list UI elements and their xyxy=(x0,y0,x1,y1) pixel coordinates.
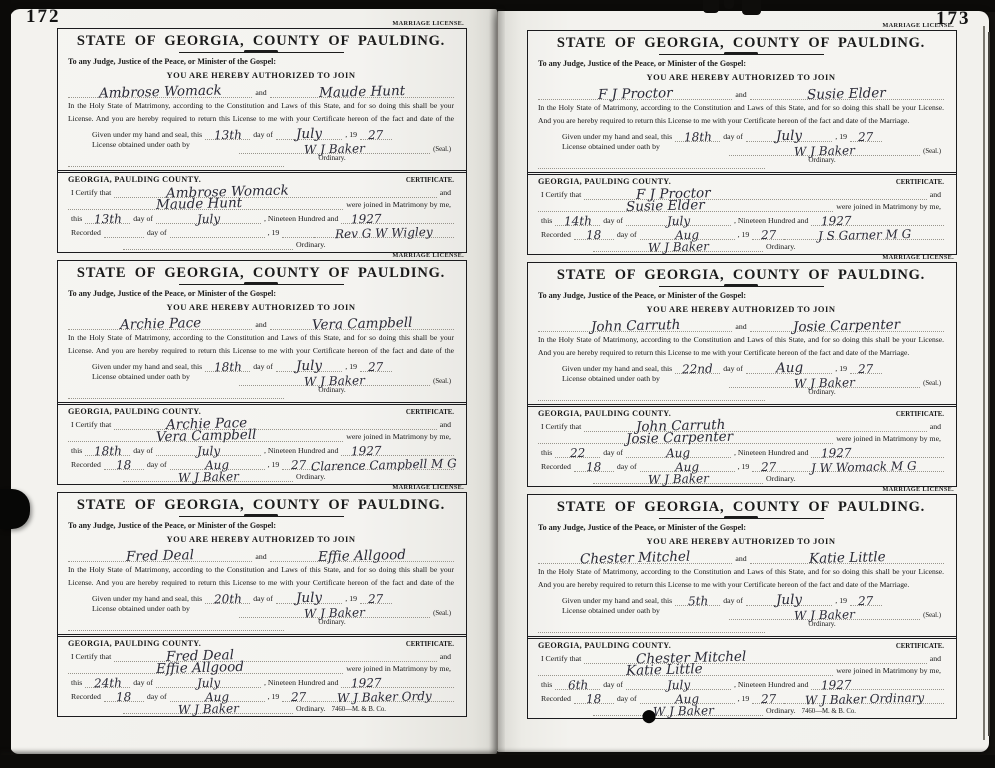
state-heading: STATE OF GEORGIA, COUNTY OF PAULDING. xyxy=(68,497,454,513)
salutation-line: To any Judge, Justice of the Peace, or M… xyxy=(538,59,944,70)
and-label: and xyxy=(437,420,454,430)
married-year-field: 1927 xyxy=(811,679,944,690)
married-year-field: 1927 xyxy=(341,213,454,224)
certificate-section: GEORGIA, PAULDING COUNTY. CERTIFICATE. I… xyxy=(528,175,956,254)
minister-signature: Clarence Campbell M G xyxy=(311,458,457,472)
nineteen-hundred-label: , Nineteen Hundred and xyxy=(261,214,341,224)
and-label: and xyxy=(252,88,269,98)
minister-signature-field: J S Garner M G xyxy=(784,229,944,240)
names-line: Archie Pace and Vera Campbell xyxy=(68,314,454,330)
right-page-blocks: MARRIAGE LICENSE. STATE OF GEORGIA, COUN… xyxy=(527,30,957,726)
marriage-license-block: MARRIAGE LICENSE. STATE OF GEORGIA, COUN… xyxy=(527,262,957,487)
county-heading: GEORGIA, PAULDING COUNTY. xyxy=(538,177,671,186)
cert-bride-line: Susie Elder were joined in Matrimony by … xyxy=(538,200,944,212)
signature-line: W J Baker (Seal.) xyxy=(239,372,454,386)
cert-bride-field: Josie Carpenter xyxy=(538,431,833,444)
binding-mark xyxy=(742,0,761,15)
blank-line xyxy=(68,395,284,399)
recorded-label: Recorded xyxy=(538,462,574,472)
recorded-line: Recorded 18 day of Aug , 19 27 W J Baker… xyxy=(68,688,454,702)
and-label: and xyxy=(437,188,454,198)
minister-signature: W J Baker Ordinary xyxy=(804,693,923,706)
married-year: 1927 xyxy=(821,448,852,459)
license-day-field: 20th xyxy=(205,593,250,604)
bride-name: Katie Little xyxy=(808,551,885,565)
salutation-line: To any Judge, Justice of the Peace, or M… xyxy=(538,523,944,534)
recorded-month-field: Aug xyxy=(640,461,735,472)
ordinary-signature-area: W J Baker (Seal.) Ordinary. xyxy=(239,372,454,394)
and-label: and xyxy=(732,322,749,332)
minister-signature-field: Rev G W Wigley xyxy=(314,227,454,238)
recorded-line: Recorded day of , 19 Rev G W Wigley xyxy=(68,224,454,238)
married-month-field: Aug xyxy=(626,447,731,458)
county-line: GEORGIA, PAULDING COUNTY. CERTIFICATE. xyxy=(538,176,944,186)
printer-mark: 7460—M. & B. Co. xyxy=(329,706,389,714)
year-19-label: , 19 xyxy=(265,692,283,702)
ordinary-signature: W J Baker xyxy=(304,607,365,618)
license-month-field: July xyxy=(746,593,832,606)
minister-signature-field: J W Womack M G xyxy=(784,461,944,472)
license-year: 27 xyxy=(858,596,874,606)
this-label: this xyxy=(68,214,85,224)
recorded-label: Recorded xyxy=(538,230,574,240)
nineteen-hundred-label: , Nineteen Hundred and xyxy=(731,680,811,690)
certify-line: I Certify that F J Proctor and xyxy=(538,186,944,200)
ordinary-label: Ordinary. xyxy=(763,474,799,484)
license-day: 5th xyxy=(688,596,708,606)
cert-ordinary-field xyxy=(123,249,293,250)
recorded-label: Recorded xyxy=(68,460,104,470)
cert-bride-field: Effie Allgood xyxy=(68,661,343,674)
cert-ordinary-line: W J Baker Ordinary. xyxy=(538,473,944,484)
county-line: GEORGIA, PAULDING COUNTY. CERTIFICATE. xyxy=(68,638,454,648)
married-day-field: 14th xyxy=(555,215,600,226)
recorded-label: Recorded xyxy=(538,694,574,704)
minister-signature: W J Baker Ordy xyxy=(337,691,432,703)
seal-label: (Seal.) xyxy=(430,378,454,386)
given-label: Given under my hand and seal, this xyxy=(68,362,205,372)
authorize-line: YOU ARE HEREBY AUTHORIZED TO JOIN xyxy=(538,72,944,83)
scanner-bottom-edge xyxy=(0,755,995,768)
license-section: STATE OF GEORGIA, COUNTY OF PAULDING. To… xyxy=(58,261,466,402)
license-month-field: July xyxy=(276,591,342,604)
cert-bride-field: Vera Campbell xyxy=(68,429,343,442)
joined-label: were joined in Matrimony by me, xyxy=(343,432,454,442)
this-label: this xyxy=(538,680,555,690)
certificate-section: GEORGIA, PAULDING COUNTY. CERTIFICATE. I… xyxy=(58,173,466,252)
signature-field: W J Baker xyxy=(239,607,430,618)
signature-field: W J Baker xyxy=(729,377,920,388)
recorded-day: 18 xyxy=(586,694,602,704)
and-label: and xyxy=(437,652,454,662)
license-month-field: July xyxy=(746,129,832,142)
recorded-year-field: 27 xyxy=(752,693,784,704)
recorded-year-field: 27 xyxy=(752,461,784,472)
cert-ordinary-line: Ordinary. xyxy=(68,239,454,250)
printer-mark: 7460—M. & B. Co. xyxy=(799,708,859,716)
married-year: 1927 xyxy=(821,680,852,691)
day-of-label: day of xyxy=(614,694,640,704)
state-heading: STATE OF GEORGIA, COUNTY OF PAULDING. xyxy=(538,267,944,283)
blank-line xyxy=(68,163,284,167)
oath-line: License obtained under oath by W J Baker… xyxy=(68,140,454,162)
oath-label: License obtained under oath by xyxy=(68,140,193,150)
license-section: STATE OF GEORGIA, COUNTY OF PAULDING. To… xyxy=(528,263,956,404)
certificate-tag: CERTIFICATE. xyxy=(896,179,944,186)
day-of-label: day of xyxy=(720,132,746,142)
binding-mark xyxy=(703,0,719,13)
oath-label: License obtained under oath by xyxy=(68,372,193,382)
recorded-line: Recorded 18 day of Aug , 19 27 J S Garne… xyxy=(538,226,944,240)
recorded-day-field: 18 xyxy=(574,461,614,472)
scanner-left-edge xyxy=(0,0,11,768)
certificate-section: GEORGIA, PAULDING COUNTY. CERTIFICATE. I… xyxy=(528,639,956,718)
cert-bride-name: Josie Carpenter xyxy=(626,431,733,446)
bride-name: Effie Allgood xyxy=(318,549,406,563)
recorded-line: Recorded 18 day of Aug , 19 27 W J Baker… xyxy=(538,690,944,704)
cert-ordinary-line: W J Baker Ordinary. 7460—M. & B. Co. xyxy=(68,703,454,714)
signature-field: W J Baker xyxy=(729,609,920,620)
license-month-field: July xyxy=(276,127,342,140)
state-heading: STATE OF GEORGIA, COUNTY OF PAULDING. xyxy=(68,33,454,49)
marriage-date-line: this 14th day of July , Nineteen Hundred… xyxy=(538,212,944,226)
this-label: this xyxy=(538,216,555,226)
minister-signature-field: W J Baker Ordy xyxy=(314,691,454,702)
year-19-label: , 19 xyxy=(832,364,850,374)
ordinary-label: Ordinary. xyxy=(763,706,799,716)
license-day-field: 13th xyxy=(205,129,250,140)
oath-label: License obtained under oath by xyxy=(538,606,663,616)
license-year-field: 27 xyxy=(360,361,392,372)
seal-label: (Seal.) xyxy=(430,610,454,618)
groom-name: Ambrose Womack xyxy=(99,85,222,100)
ordinary-signature: W J Baker xyxy=(794,377,855,388)
recorded-day: 18 xyxy=(586,230,602,240)
cert-bride-name: Katie Little xyxy=(626,663,703,677)
groom-name: Fred Deal xyxy=(126,549,194,563)
certificate-section: GEORGIA, PAULDING COUNTY. CERTIFICATE. I… xyxy=(528,407,956,486)
cert-ordinary-signature: W J Baker xyxy=(647,241,708,252)
marriage-license-tag: MARRIAGE LICENSE. xyxy=(882,254,954,261)
married-month-field: July xyxy=(626,215,731,226)
left-page-blocks: MARRIAGE LICENSE. STATE OF GEORGIA, COUN… xyxy=(57,28,467,724)
year-19-label: , 19 xyxy=(342,362,360,372)
married-day: 22 xyxy=(570,448,586,458)
recorded-month-field: Aug xyxy=(170,459,265,470)
bride-field: Josie Carpenter xyxy=(750,319,944,332)
joined-label: were joined in Matrimony by me, xyxy=(833,434,944,444)
bride-field: Maude Hunt xyxy=(270,85,454,98)
nineteen-hundred-label: , Nineteen Hundred and xyxy=(261,678,341,688)
license-year-field: 27 xyxy=(850,131,882,142)
cert-bride-line: Vera Campbell were joined in Matrimony b… xyxy=(68,430,454,442)
cert-ordinary-field: W J Baker xyxy=(593,241,763,252)
recorded-year-field xyxy=(282,237,314,238)
certificate-tag: CERTIFICATE. xyxy=(896,411,944,418)
and-label: and xyxy=(732,554,749,564)
seal-label: (Seal.) xyxy=(920,380,944,388)
recorded-month-field: Aug xyxy=(640,693,735,704)
given-line: Given under my hand and seal, this 20th … xyxy=(68,589,454,604)
recorded-line: Recorded 18 day of Aug , 19 27 Clarence … xyxy=(68,456,454,470)
recorded-day: 18 xyxy=(116,460,132,470)
minister-signature-field: Clarence Campbell M G xyxy=(314,459,454,470)
license-month-field: July xyxy=(276,359,342,372)
marriage-date-line: this 6th day of July , Nineteen Hundred … xyxy=(538,676,944,690)
license-body-text: In the Holy State of Matrimony, accordin… xyxy=(68,332,454,357)
binding-mark xyxy=(724,0,734,9)
heading-rule xyxy=(659,516,824,520)
married-day-field: 13th xyxy=(85,213,130,224)
license-body-text: In the Holy State of Matrimony, accordin… xyxy=(538,102,944,127)
cert-bride-line: Katie Little were joined in Matrimony by… xyxy=(538,664,944,676)
state-heading: STATE OF GEORGIA, COUNTY OF PAULDING. xyxy=(538,499,944,515)
certify-line: I Certify that Fred Deal and xyxy=(68,648,454,662)
married-month: July xyxy=(197,446,220,457)
bride-field: Effie Allgood xyxy=(270,549,454,562)
recorded-year-field: 27 xyxy=(282,691,314,702)
blank-line xyxy=(538,629,765,633)
married-day: 6th xyxy=(568,680,588,690)
recorded-day: 18 xyxy=(116,692,132,702)
day-of-label: day of xyxy=(130,214,156,224)
heading-rule xyxy=(659,52,824,56)
year-19-label: , 19 xyxy=(832,132,850,142)
license-day: 20th xyxy=(214,594,242,605)
cert-bride-name: Susie Elder xyxy=(626,199,705,213)
license-year: 27 xyxy=(368,362,384,372)
given-line: Given under my hand and seal, this 5th d… xyxy=(538,591,944,606)
recorded-year: 27 xyxy=(761,462,777,472)
scanned-marriage-record-spread: { "scan": { "left_page_number": "172", "… xyxy=(0,0,995,768)
marriage-date-line: this 18th day of July , Nineteen Hundred… xyxy=(68,442,454,456)
county-heading: GEORGIA, PAULDING COUNTY. xyxy=(538,409,671,418)
married-year: 1927 xyxy=(351,214,382,225)
ordinary-signature-area: W J Baker (Seal.) Ordinary. xyxy=(729,606,944,628)
book-page-left: MARRIAGE LICENSE. STATE OF GEORGIA, COUN… xyxy=(10,9,497,754)
groom-name: F J Proctor xyxy=(598,87,673,101)
year-19-label: , 19 xyxy=(342,130,360,140)
county-heading: GEORGIA, PAULDING COUNTY. xyxy=(68,175,201,184)
day-of-label: day of xyxy=(144,692,170,702)
married-year-field: 1927 xyxy=(341,677,454,688)
authorize-line: YOU ARE HEREBY AUTHORIZED TO JOIN xyxy=(68,302,454,313)
ordinary-label: Ordinary. xyxy=(293,240,329,250)
license-section: STATE OF GEORGIA, COUNTY OF PAULDING. To… xyxy=(528,495,956,636)
given-line: Given under my hand and seal, this 22nd … xyxy=(538,359,944,374)
this-label: this xyxy=(538,448,555,458)
seal-label: (Seal.) xyxy=(920,612,944,620)
cert-bride-field: Maude Hunt xyxy=(68,197,343,210)
signature-line: W J Baker (Seal.) xyxy=(729,606,944,620)
groom-name: Archie Pace xyxy=(119,317,200,331)
married-day: 24th xyxy=(94,678,122,689)
recorded-label: Recorded xyxy=(68,692,104,702)
married-day-field: 22 xyxy=(555,447,600,458)
salutation-line: To any Judge, Justice of the Peace, or M… xyxy=(68,289,454,300)
and-label: and xyxy=(927,422,944,432)
seal-label: (Seal.) xyxy=(920,148,944,156)
oath-line: License obtained under oath by W J Baker… xyxy=(538,606,944,628)
license-month: July xyxy=(776,130,802,143)
license-body-text: In the Holy State of Matrimony, accordin… xyxy=(68,564,454,589)
this-label: this xyxy=(68,678,85,688)
certificate-section: GEORGIA, PAULDING COUNTY. CERTIFICATE. I… xyxy=(58,637,466,716)
cert-bride-name: Effie Allgood xyxy=(156,661,244,675)
groom-field: Fred Deal xyxy=(68,549,252,562)
license-month-field: Aug xyxy=(746,361,832,374)
married-month-field: July xyxy=(156,445,261,456)
printer-mark xyxy=(329,249,335,250)
oath-line: License obtained under oath by W J Baker… xyxy=(538,142,944,164)
groom-name: John Carruth xyxy=(590,319,680,333)
county-heading: GEORGIA, PAULDING COUNTY. xyxy=(68,639,201,648)
county-heading: GEORGIA, PAULDING COUNTY. xyxy=(68,407,201,416)
certify-line: I Certify that John Carruth and xyxy=(538,418,944,432)
license-day: 18th xyxy=(214,362,242,373)
marriage-date-line: this 24th day of July , Nineteen Hundred… xyxy=(68,674,454,688)
cert-ordinary-signature: W J Baker xyxy=(647,473,708,484)
bride-name: Maude Hunt xyxy=(319,85,405,99)
day-of-label: day of xyxy=(130,446,156,456)
page-number-left: 172 xyxy=(26,6,61,28)
year-19-label: , 19 xyxy=(342,594,360,604)
married-month-field: July xyxy=(626,679,731,690)
certificate-tag: CERTIFICATE. xyxy=(896,643,944,650)
joined-label: were joined in Matrimony by me, xyxy=(833,666,944,676)
day-of-label: day of xyxy=(130,678,156,688)
ordinary-signature: W J Baker xyxy=(794,609,855,620)
given-label: Given under my hand and seal, this xyxy=(538,596,675,606)
day-of-label: day of xyxy=(720,596,746,606)
marriage-license-block: MARRIAGE LICENSE. STATE OF GEORGIA, COUN… xyxy=(57,260,467,485)
state-heading: STATE OF GEORGIA, COUNTY OF PAULDING. xyxy=(68,265,454,281)
recorded-year: 27 xyxy=(291,692,307,702)
license-year: 27 xyxy=(368,130,384,140)
county-line: GEORGIA, PAULDING COUNTY. CERTIFICATE. xyxy=(68,406,454,416)
names-line: Fred Deal and Effie Allgood xyxy=(68,546,454,562)
minister-signature: J W Womack M G xyxy=(811,461,917,474)
day-of-label: day of xyxy=(144,228,170,238)
ordinary-signature: W J Baker xyxy=(304,375,365,386)
oath-label: License obtained under oath by xyxy=(538,374,663,384)
license-year-field: 27 xyxy=(360,593,392,604)
year-19-label: , 19 xyxy=(265,460,283,470)
recorded-year-field: 27 xyxy=(752,229,784,240)
signature-line: W J Baker (Seal.) xyxy=(239,140,454,154)
bride-field: Susie Elder xyxy=(750,87,944,100)
groom-field: Chester Mitchel xyxy=(538,551,732,564)
ordinary-signature: W J Baker xyxy=(794,145,855,156)
ordinary-signature-area: W J Baker (Seal.) Ordinary. xyxy=(729,142,944,164)
page-number-right: 173 xyxy=(936,8,971,30)
day-of-label: day of xyxy=(614,230,640,240)
printer-mark xyxy=(329,481,335,482)
cert-bride-line: Effie Allgood were joined in Matrimony b… xyxy=(68,662,454,674)
license-year-field: 27 xyxy=(850,595,882,606)
year-19-label: , 19 xyxy=(735,230,753,240)
cert-ordinary-signature: W J Baker xyxy=(653,705,714,716)
marriage-license-block: MARRIAGE LICENSE. STATE OF GEORGIA, COUN… xyxy=(527,30,957,255)
license-section: STATE OF GEORGIA, COUNTY OF PAULDING. To… xyxy=(58,493,466,634)
joined-label: were joined in Matrimony by me, xyxy=(343,200,454,210)
recorded-day: 18 xyxy=(586,462,602,472)
year-19-label: , 19 xyxy=(735,462,753,472)
license-day-field: 18th xyxy=(205,361,250,372)
book-page-right: MARRIAGE LICENSE. STATE OF GEORGIA, COUN… xyxy=(497,11,989,752)
heading-rule xyxy=(179,514,344,518)
married-day-field: 18th xyxy=(85,445,130,456)
recorded-day-field: 18 xyxy=(574,229,614,240)
groom-field: Ambrose Womack xyxy=(68,85,252,98)
and-label: and xyxy=(927,190,944,200)
day-of-label: day of xyxy=(144,460,170,470)
married-month-field: July xyxy=(156,677,261,688)
day-of-label: day of xyxy=(250,594,276,604)
names-line: F J Proctor and Susie Elder xyxy=(538,84,944,100)
married-day: 18th xyxy=(94,446,122,457)
license-month: July xyxy=(296,128,322,141)
license-year: 27 xyxy=(858,364,874,374)
blank-line xyxy=(538,397,765,401)
minister-signature: J S Garner M G xyxy=(817,229,910,241)
marriage-license-tag: MARRIAGE LICENSE. xyxy=(392,20,464,27)
certify-line: I Certify that Ambrose Womack and xyxy=(68,184,454,198)
recorded-month-field xyxy=(170,237,265,238)
given-line: Given under my hand and seal, this 18th … xyxy=(538,127,944,142)
license-body-text: In the Holy State of Matrimony, accordin… xyxy=(68,100,454,125)
ordinary-signature-area: W J Baker (Seal.) Ordinary. xyxy=(239,140,454,162)
printer-mark xyxy=(799,483,805,484)
heading-rule xyxy=(179,282,344,286)
cert-ordinary-field: W J Baker xyxy=(593,473,763,484)
bride-name: Vera Campbell xyxy=(312,317,413,331)
married-month: Aug xyxy=(666,448,690,459)
nineteen-hundred-label: , Nineteen Hundred and xyxy=(731,216,811,226)
recorded-day-field: 18 xyxy=(104,691,144,702)
oath-line: License obtained under oath by W J Baker… xyxy=(538,374,944,396)
marriage-license-block: MARRIAGE LICENSE. STATE OF GEORGIA, COUN… xyxy=(57,28,467,253)
signature-field: W J Baker xyxy=(729,145,920,156)
license-day-field: 22nd xyxy=(675,363,720,374)
year-19-label: , 19 xyxy=(735,694,753,704)
page-stack-edge xyxy=(988,32,990,736)
married-year: 1927 xyxy=(351,446,382,457)
authorize-line: YOU ARE HEREBY AUTHORIZED TO JOIN xyxy=(538,536,944,547)
signature-line: W J Baker (Seal.) xyxy=(729,142,944,156)
given-label: Given under my hand and seal, this xyxy=(68,130,205,140)
oath-label: License obtained under oath by xyxy=(68,604,193,614)
groom-field: John Carruth xyxy=(538,319,732,332)
oath-line: License obtained under oath by W J Baker… xyxy=(68,372,454,394)
and-label: and xyxy=(252,320,269,330)
married-day: 14th xyxy=(564,216,592,227)
cert-bride-line: Maude Hunt were joined in Matrimony by m… xyxy=(68,198,454,210)
married-day-field: 24th xyxy=(85,677,130,688)
recorded-line: Recorded 18 day of Aug , 19 27 J W Womac… xyxy=(538,458,944,472)
groom-field: Archie Pace xyxy=(68,317,252,330)
book-gutter-crease xyxy=(497,12,498,750)
license-day: 18th xyxy=(684,132,712,143)
married-day: 13th xyxy=(94,214,122,225)
cert-ordinary-field: ⬤W J Baker xyxy=(593,705,763,716)
cert-ordinary-signature: W J Baker xyxy=(177,703,238,714)
cert-ordinary-signature: W J Baker xyxy=(177,471,238,482)
day-of-label: day of xyxy=(600,216,626,226)
day-of-label: day of xyxy=(720,364,746,374)
ordinary-signature-area: W J Baker (Seal.) Ordinary. xyxy=(729,374,944,396)
blank-line xyxy=(538,165,765,169)
